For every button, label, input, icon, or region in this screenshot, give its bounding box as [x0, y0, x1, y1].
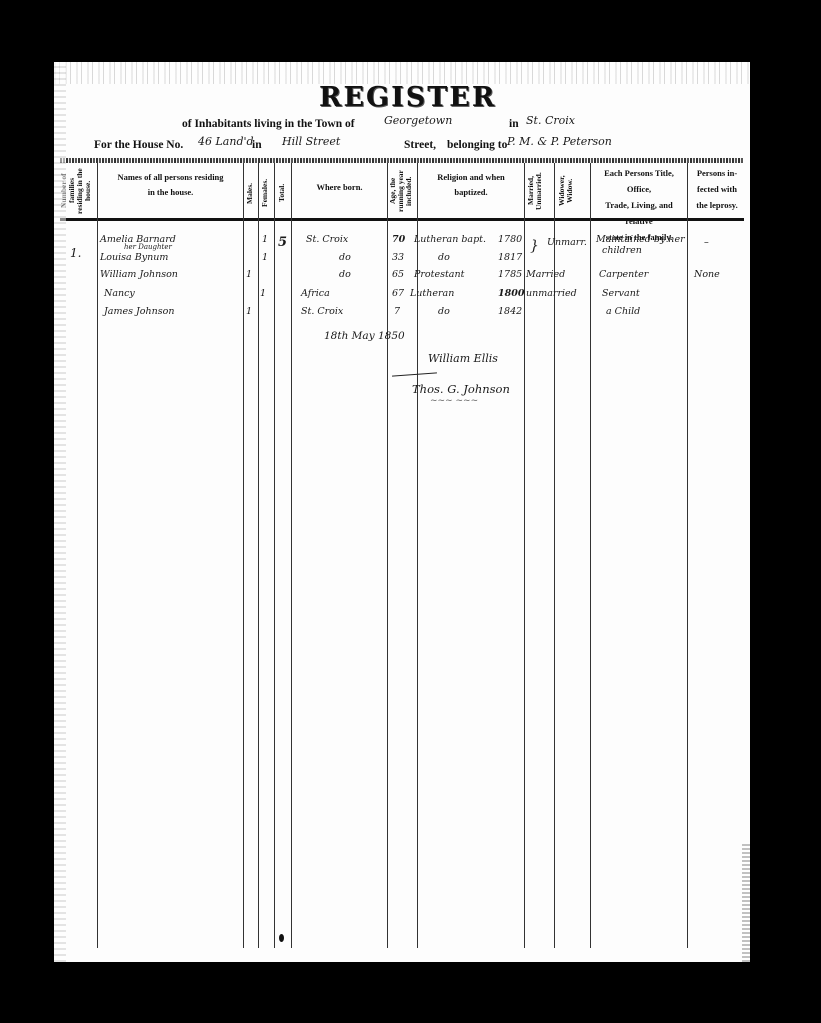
header-title: Each Persons Title, Office, Trade, Livin… [591, 165, 687, 245]
header-leprosy: Persons in- fected with the leprosy. [688, 165, 746, 213]
row-religion: Protestant [414, 269, 464, 280]
row-married: Married [526, 269, 565, 280]
signature-1: William Ellis [428, 352, 498, 365]
header-age: Age, the running year included. [389, 166, 415, 216]
row-females: 1 [260, 288, 266, 299]
row-name: Louisa Bynum [100, 252, 168, 263]
row-title: Carpenter [599, 269, 648, 280]
document-title: REGISTER [319, 82, 496, 113]
header-married: Married, Unmarried. [527, 166, 551, 216]
header-title-line2: Trade, Living, and relative [591, 197, 687, 229]
header-leprosy-line3: the leprosy. [688, 197, 746, 213]
row-leprosy-mark: – [704, 237, 709, 248]
street-in-label: in [252, 139, 262, 151]
header-males: Males. [246, 172, 256, 214]
row-title: a Child [606, 306, 640, 317]
header-where-born: Where born. [292, 180, 387, 195]
row-married: unmarried [526, 288, 577, 299]
col-divider [243, 163, 244, 948]
header-title-line1: Each Persons Title, Office, [591, 165, 687, 197]
owner-value: P. M. & P. Peterson [507, 135, 612, 148]
col-divider [387, 163, 388, 948]
row-females: 1 [262, 234, 268, 245]
row-age: 33 [392, 252, 404, 263]
header-females: Females. [261, 172, 271, 214]
district-value: St. Croix [526, 114, 575, 127]
married-brace: } [530, 238, 539, 254]
header-names-line2: in the house. [98, 185, 243, 200]
ink-dot [279, 934, 284, 942]
row-year: 1780 [498, 234, 522, 245]
col-divider [291, 163, 292, 948]
date-line: 18th May 1850 [324, 330, 405, 342]
row-title: Maintained by her [596, 234, 685, 245]
row-title: Servant [602, 288, 640, 299]
row-born: Africa [301, 288, 330, 299]
signature-flourish-2: ~~~ ~~~ [430, 396, 478, 406]
header-top-rule [60, 158, 744, 163]
row-year: 1817 [498, 252, 522, 263]
row-age: 70 [392, 234, 405, 245]
header-widower: Widower, Widow. [558, 166, 586, 216]
row-religion: Lutheran [410, 288, 454, 299]
header-leprosy-line1: Persons in- [688, 165, 746, 181]
row-born: do [339, 269, 351, 280]
town-value: Georgetown [384, 114, 452, 127]
signature-flourish [392, 372, 437, 376]
header-family-number: Number of families residing in the house… [60, 166, 96, 216]
row-females: 1 [262, 252, 268, 263]
row-name: Nancy [104, 288, 135, 299]
row-title-cont: children [602, 245, 642, 256]
col-divider [274, 163, 275, 948]
row-total: 5 [278, 235, 287, 250]
row-religion: do [438, 252, 450, 263]
row-married: Unmarr. [547, 237, 587, 248]
row-males: 1 [246, 306, 252, 317]
row-year: 1785 [498, 269, 522, 280]
col-divider [554, 163, 555, 948]
house-value: 46 Land'd [198, 135, 254, 148]
district-in-label: in [509, 118, 519, 130]
col-divider [590, 163, 591, 948]
town-label: of Inhabitants living in the Town of [182, 118, 355, 130]
header-total: Total. [278, 172, 288, 214]
row-religion: do [438, 306, 450, 317]
header-religion: Religion and when baptized. [418, 170, 524, 200]
register-page: REGISTER of Inhabitants living in the To… [54, 62, 750, 962]
street-label: Street, [404, 139, 436, 151]
row-born: St. Croix [306, 234, 348, 245]
col-divider [97, 163, 98, 948]
row-year: 1842 [498, 306, 522, 317]
house-label: For the House No. [94, 139, 183, 151]
row-leprosy: None [694, 269, 720, 280]
header-religion-line2: baptized. [418, 185, 524, 200]
header-names: Names of all persons residing in the hou… [98, 170, 243, 200]
row-born: St. Croix [301, 306, 343, 317]
belonging-label: belonging to [447, 139, 507, 151]
col-divider [417, 163, 418, 948]
col-divider [524, 163, 525, 948]
header-religion-line1: Religion and when [418, 170, 524, 185]
street-value: Hill Street [282, 135, 340, 148]
header-leprosy-line2: fected with [688, 181, 746, 197]
family-number: 1. [70, 246, 81, 260]
row-born: do [339, 252, 351, 263]
row-religion: Lutheran bapt. [414, 234, 486, 245]
row-age: 65 [392, 269, 404, 280]
signature-2: Thos. G. Johnson [412, 382, 510, 396]
row-name: William Johnson [100, 269, 178, 280]
col-divider [258, 163, 259, 948]
page-edge [742, 842, 750, 962]
row-males: 1 [246, 269, 252, 280]
row-year: 1800 [498, 288, 524, 299]
row-name: James Johnson [104, 306, 174, 317]
row-age: 67 [392, 288, 404, 299]
row-name-note: her Daughter [124, 243, 172, 251]
header-names-line1: Names of all persons residing [98, 170, 243, 185]
col-divider [687, 163, 688, 948]
row-age: 7 [394, 306, 400, 317]
